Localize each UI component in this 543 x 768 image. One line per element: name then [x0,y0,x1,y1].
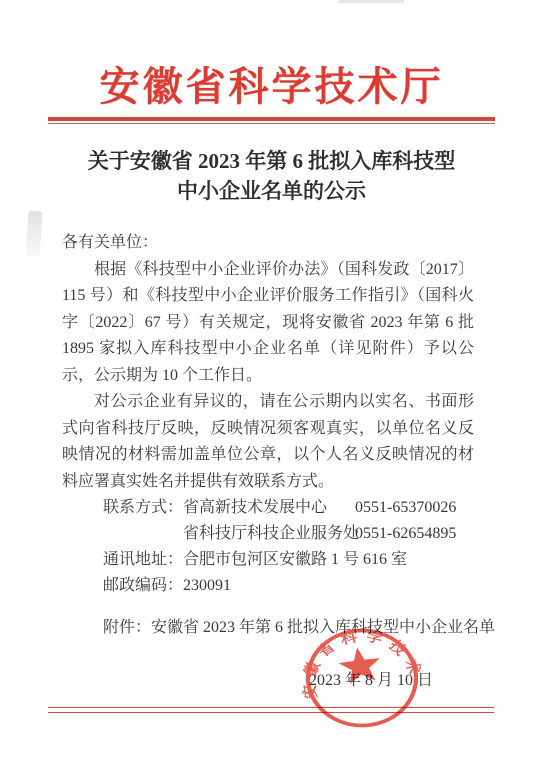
scan-artifact [338,0,404,3]
contact-label: 联系方式： [103,495,183,521]
postcode-value: 230091 [183,577,231,594]
salutation: 各有关单位： [62,230,474,257]
document-body: 各有关单位： 根据《科技型中小企业评价办法》（国科发政〔2017〕115 号）和… [62,230,474,495]
address-row: 通讯地址：合肥市包河区安徽路 1 号 616 室 [103,547,543,573]
contact-org-1: 省高新技术发展中心 [183,495,355,521]
official-seal: 安徽省科学技术厅 [302,625,422,731]
paragraph-objection: 对公示企业有异议的，请在公示期内以实名、书面形式向省科技厅反映，反映情况须客观真… [62,389,474,495]
scan-artifact [25,211,42,258]
footer-divider [48,707,494,713]
contact-row-1: 联系方式：省高新技术发展中心0551-65370026 [103,495,543,521]
contact-org-2: 省科技厅科技企业服务处 [183,521,355,547]
postcode-label: 邮政编码： [103,573,183,599]
attachment-label: 附件： [103,619,151,636]
paragraph-basis: 根据《科技型中小企业评价办法》（国科发政〔2017〕115 号）和《科技型中小企… [62,257,474,390]
address-value: 合肥市包河区安徽路 1 号 616 室 [183,551,407,568]
document-title: 关于安徽省 2023 年第 6 批拟入库科技型 中小企业名单的公示 [0,146,543,206]
contact-block: 联系方式：省高新技术发展中心0551-65370026 省科技厅科技企业服务处0… [103,495,543,599]
seal-star-icon [336,645,383,685]
postcode-row: 邮政编码：230091 [103,573,543,599]
document-title-line1: 关于安徽省 2023 年第 6 批拟入库科技型 [0,146,543,176]
contact-phone-1: 0551-65370026 [355,495,456,521]
document-page: 安徽省科学技术厅 关于安徽省 2023 年第 6 批拟入库科技型 中小企业名单的… [0,0,543,768]
contact-phone-2: 0551-62654895 [355,521,456,547]
document-title-line2: 中小企业名单的公示 [0,176,543,206]
contact-row-2: 省科技厅科技企业服务处0551-62654895 [103,521,543,547]
address-label: 通讯地址： [103,547,183,573]
signature-date: 2023 年 8 月 10 日 [0,671,543,691]
letterhead-divider [48,117,495,124]
letterhead-agency-name: 安徽省科学技术厅 [0,0,543,110]
